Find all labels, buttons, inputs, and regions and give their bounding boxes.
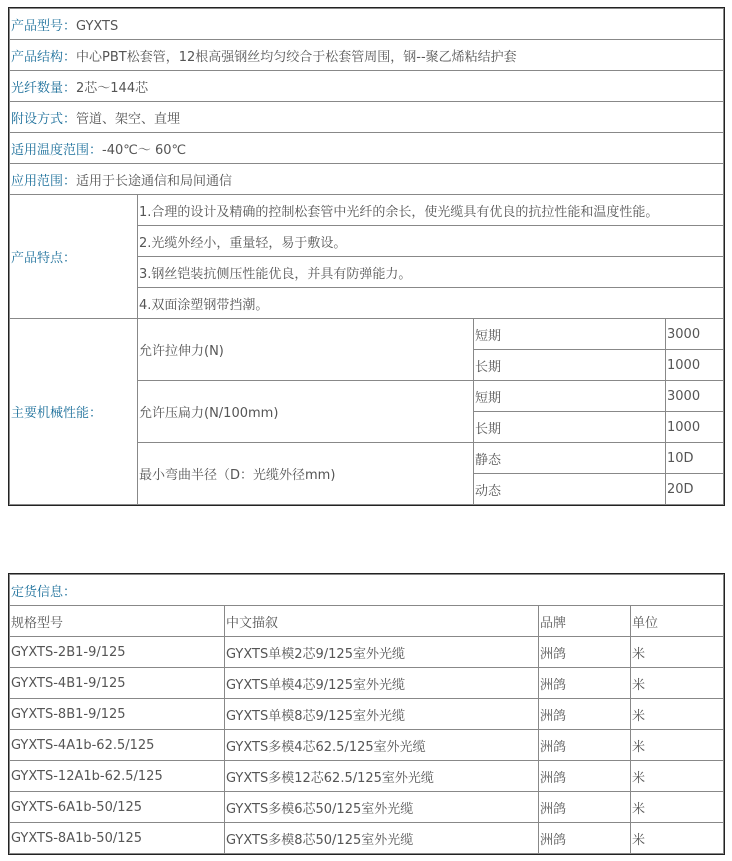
unit-cell: 米 xyxy=(631,637,724,668)
spec-value: 适用于长途通信和局间通信 xyxy=(76,174,232,189)
mech-sub-key: 静态 xyxy=(474,443,666,474)
spec-row: 附设方式：管道、架空、直埋 xyxy=(10,102,724,133)
unit-cell: 米 xyxy=(631,761,724,792)
mech-sub-value: 20D xyxy=(666,474,724,505)
spec-label: 产品型号： xyxy=(11,19,76,34)
feature-item: 1.合理的设计及精确的控制松套管中光纤的余长，使光缆具有优良的抗拉性能和温度性能… xyxy=(138,195,724,226)
description-cell: GYXTS多模6芯50/125室外光缆 xyxy=(225,792,539,823)
description-cell: GYXTS多模4芯62.5/125室外光缆 xyxy=(225,730,539,761)
product-spec-table: 产品型号：GYXTS 产品结构：中心PBT松套管，12根高强钢丝均匀绞合于松套管… xyxy=(9,8,724,505)
brand-cell: 洲鸽 xyxy=(539,699,631,730)
model-cell: GYXTS-6A1b-50/125 xyxy=(10,792,225,823)
mech-sub-value: 3000 xyxy=(666,319,724,350)
spec-row: 光纤数量：2芯～144芯 xyxy=(10,71,724,102)
mech-group-name: 最小弯曲半径（D：光缆外径mm) xyxy=(138,443,474,505)
mech-sub-value: 10D xyxy=(666,443,724,474)
spec-value: -40℃～ 60℃ xyxy=(102,143,186,158)
feature-item: 3.钢丝铠装抗侧压性能优良，并具有防弹能力。 xyxy=(138,257,724,288)
mech-row: 主要机械性能： 允许拉伸力(N) 短期 3000 xyxy=(10,319,724,350)
description-cell: GYXTS单模8芯9/125室外光缆 xyxy=(225,699,539,730)
brand-cell: 洲鸽 xyxy=(539,823,631,854)
mech-sub-value: 1000 xyxy=(666,412,724,443)
spec-row: 产品型号：GYXTS xyxy=(10,9,724,40)
mech-sub-key: 短期 xyxy=(474,319,666,350)
model-cell: GYXTS-12A1b-62.5/125 xyxy=(10,761,225,792)
table-row: GYXTS-2B1-9/125GYXTS单模2芯9/125室外光缆洲鸽米 xyxy=(10,637,724,668)
brand-cell: 洲鸽 xyxy=(539,792,631,823)
mech-sub-key: 长期 xyxy=(474,412,666,443)
spec-row: 产品结构：中心PBT松套管，12根高强钢丝均匀绞合于松套管周围，钢--聚乙烯粘结… xyxy=(10,40,724,71)
table-row: GYXTS-12A1b-62.5/125GYXTS多模12芯62.5/125室外… xyxy=(10,761,724,792)
header-brand: 品牌 xyxy=(539,606,631,637)
spec-value: 2芯～144芯 xyxy=(76,81,148,96)
brand-cell: 洲鸽 xyxy=(539,668,631,699)
mech-group-name: 允许压扁力(N/100mm) xyxy=(138,381,474,443)
spec-value: 管道、架空、直埋 xyxy=(76,112,180,127)
table-row: GYXTS-4B1-9/125GYXTS单模4芯9/125室外光缆洲鸽米 xyxy=(10,668,724,699)
table-row: GYXTS-8A1b-50/125GYXTS多模8芯50/125室外光缆洲鸽米 xyxy=(10,823,724,854)
order-title: 定货信息： xyxy=(10,575,724,606)
unit-cell: 米 xyxy=(631,699,724,730)
feature-row: 产品特点： 1.合理的设计及精确的控制松套管中光纤的余长，使光缆具有优良的抗拉性… xyxy=(10,195,724,226)
model-cell: GYXTS-4A1b-62.5/125 xyxy=(10,730,225,761)
spec-value: GYXTS xyxy=(76,19,118,34)
brand-cell: 洲鸽 xyxy=(539,761,631,792)
unit-cell: 米 xyxy=(631,730,724,761)
header-unit: 单位 xyxy=(631,606,724,637)
mech-sub-key: 短期 xyxy=(474,381,666,412)
mech-group-name: 允许拉伸力(N) xyxy=(138,319,474,381)
description-cell: GYXTS多模12芯62.5/125室外光缆 xyxy=(225,761,539,792)
header-model: 规格型号 xyxy=(10,606,225,637)
unit-cell: 米 xyxy=(631,668,724,699)
model-cell: GYXTS-2B1-9/125 xyxy=(10,637,225,668)
table-row: GYXTS-8B1-9/125GYXTS单模8芯9/125室外光缆洲鸽米 xyxy=(10,699,724,730)
mech-sub-key: 动态 xyxy=(474,474,666,505)
features-label: 产品特点： xyxy=(10,195,138,319)
spec-label: 应用范围： xyxy=(11,174,76,189)
spec-label: 适用温度范围： xyxy=(11,143,102,158)
brand-cell: 洲鸽 xyxy=(539,730,631,761)
spec-label: 产品结构： xyxy=(11,50,76,65)
description-cell: GYXTS多模8芯50/125室外光缆 xyxy=(225,823,539,854)
spec-row: 适用温度范围：-40℃～ 60℃ xyxy=(10,133,724,164)
model-cell: GYXTS-4B1-9/125 xyxy=(10,668,225,699)
header-description: 中文描叙 xyxy=(225,606,539,637)
brand-cell: 洲鸽 xyxy=(539,637,631,668)
unit-cell: 米 xyxy=(631,792,724,823)
order-title-row: 定货信息： xyxy=(10,575,724,606)
spec-value: 中心PBT松套管，12根高强钢丝均匀绞合于松套管周围，钢--聚乙烯粘结护套 xyxy=(76,50,517,65)
unit-cell: 米 xyxy=(631,823,724,854)
feature-item: 2.光缆外经小，重量轻，易于敷设。 xyxy=(138,226,724,257)
model-cell: GYXTS-8B1-9/125 xyxy=(10,699,225,730)
mech-sub-value: 1000 xyxy=(666,350,724,381)
mech-sub-key: 长期 xyxy=(474,350,666,381)
mechanical-label: 主要机械性能： xyxy=(10,319,138,505)
table-row: GYXTS-4A1b-62.5/125GYXTS多模4芯62.5/125室外光缆… xyxy=(10,730,724,761)
description-cell: GYXTS单模2芯9/125室外光缆 xyxy=(225,637,539,668)
spec-label: 光纤数量： xyxy=(11,81,76,96)
spec-row: 应用范围：适用于长途通信和局间通信 xyxy=(10,164,724,195)
mech-sub-value: 3000 xyxy=(666,381,724,412)
order-header-row: 规格型号 中文描叙 品牌 单位 xyxy=(10,606,724,637)
order-info-table: 定货信息： 规格型号 中文描叙 品牌 单位 GYXTS-2B1-9/125GYX… xyxy=(9,574,724,854)
description-cell: GYXTS单模4芯9/125室外光缆 xyxy=(225,668,539,699)
model-cell: GYXTS-8A1b-50/125 xyxy=(10,823,225,854)
table-row: GYXTS-6A1b-50/125GYXTS多模6芯50/125室外光缆洲鸽米 xyxy=(10,792,724,823)
spec-label: 附设方式： xyxy=(11,112,76,127)
feature-item: 4.双面涂塑钢带挡潮。 xyxy=(138,288,724,319)
